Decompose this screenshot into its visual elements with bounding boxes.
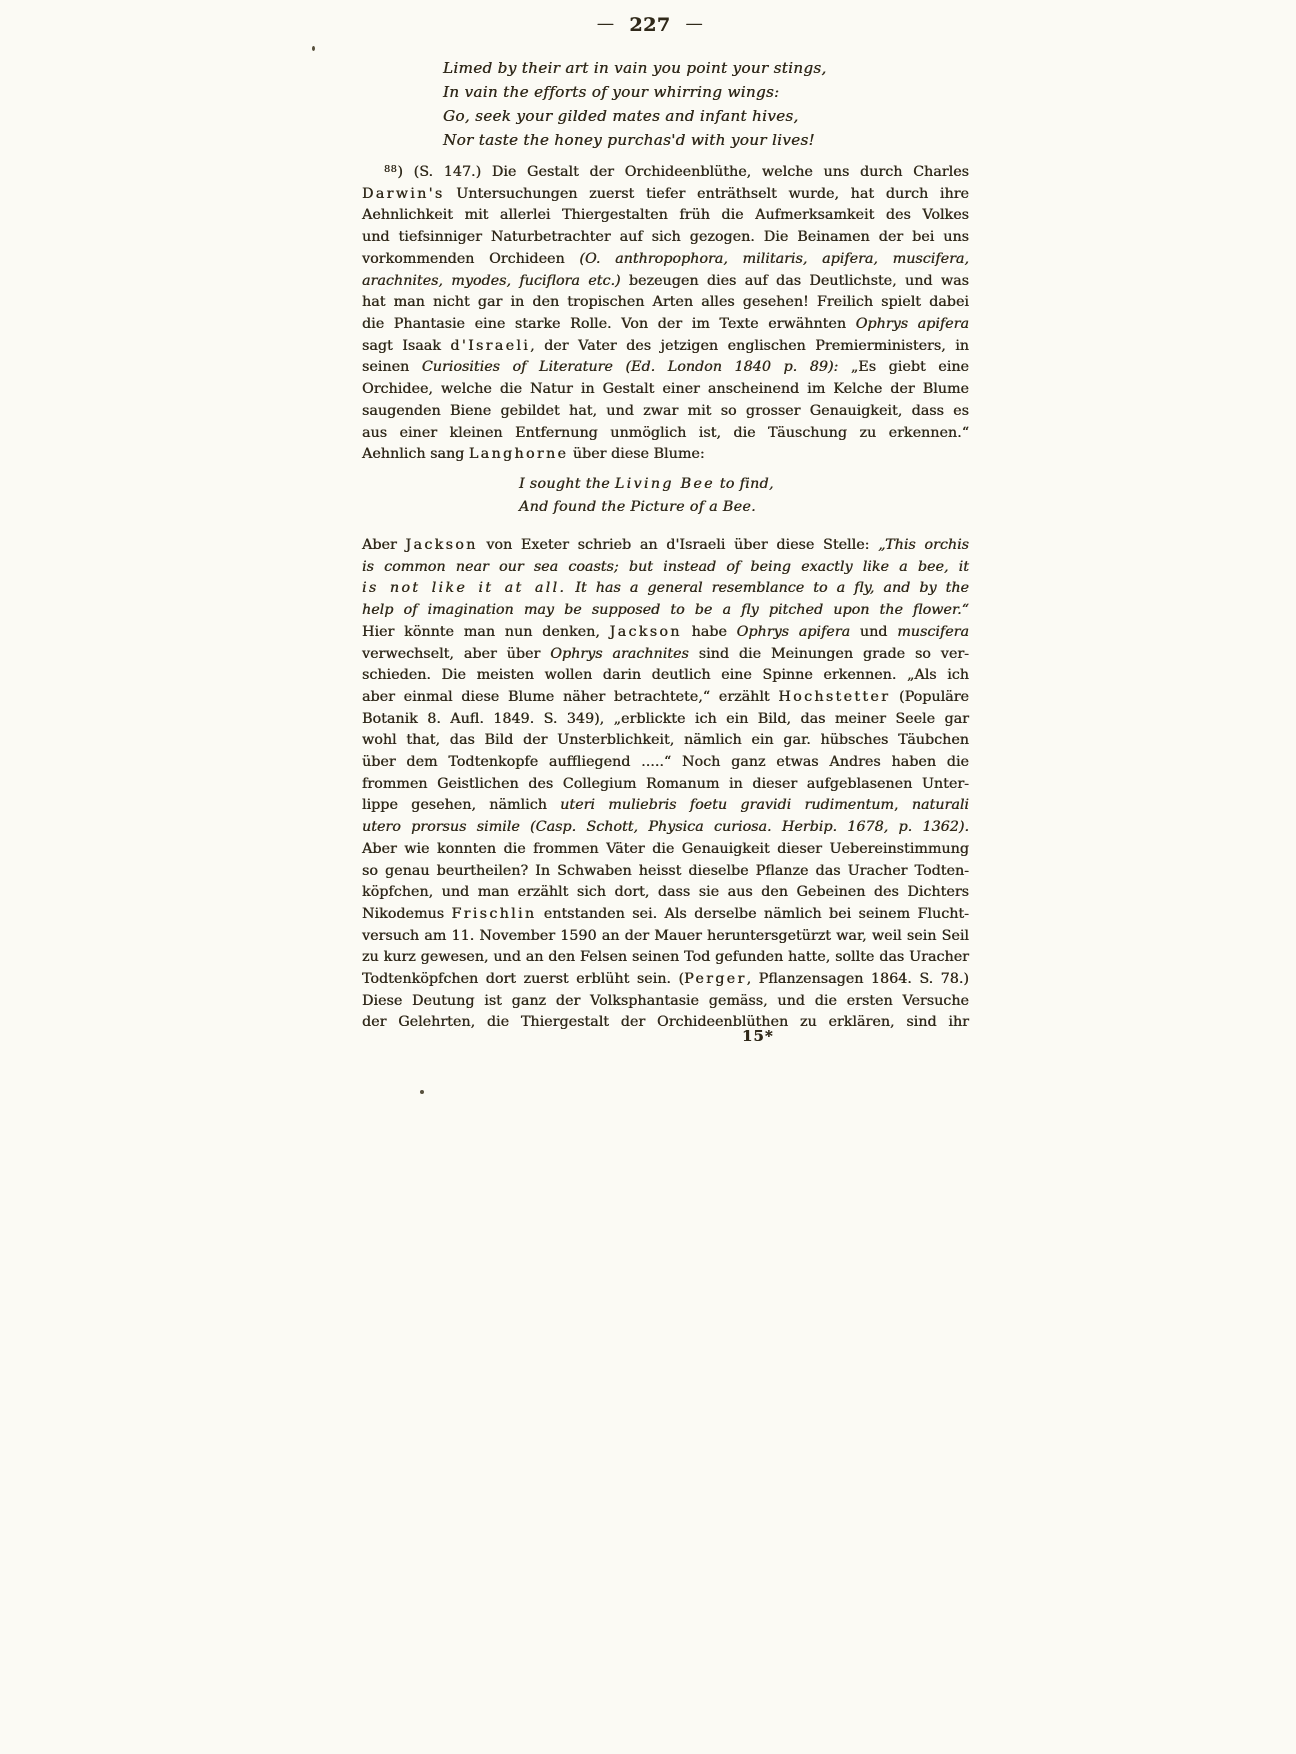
text-line: Limed by their art in vain you point you… [443,56,827,80]
page-number: 227 [629,14,670,36]
text-line: saugenden Biene gebildet hat, und zwar m… [362,401,969,423]
ink-speck [312,46,315,51]
footnote-paragraph-1: 88) (S. 147.) Die Gestalt der Orchideenb… [362,159,969,466]
text-line: frommen Geistlichen des Collegium Romanu… [362,774,969,796]
text-line: köpfchen, und man erzählt sich dort, das… [362,882,969,904]
book-page: —227— Limed by their art in vain you poi… [0,0,1296,1754]
text-line: help of imagination may be supposed to b… [362,600,969,622]
text-line: vorkommenden Orchideen (O. anthropophora… [362,249,969,271]
text-line: 88) (S. 147.) Die Gestalt der Orchideenb… [362,159,969,184]
text-line: Go, seek your gilded mates and infant hi… [443,104,827,128]
text-line: sagt Isaak d'Israeli, der Vater des jetz… [362,336,969,358]
text-line: Nor taste the honey purchas'd with your … [443,128,827,152]
page-header-dash-left: — [597,14,615,34]
ink-speck [420,1090,424,1094]
page-header-dash-right: — [686,14,704,34]
text-line: I sought the Living Bee to find, [519,473,774,496]
text-line: Aber wie konnten die frommen Väter die G… [362,839,969,861]
text-line: Diese Deutung ist ganz der Volksphantasi… [362,991,969,1013]
text-line: der Gelehrten, die Thiergestalt der Orch… [362,1012,969,1034]
text-line: schieden. Die meisten wollen darin deutl… [362,665,969,687]
text-line: Nikodemus Frischlin entstanden sei. Als … [362,904,969,926]
text-line: And found the Picture of a Bee. [519,496,774,519]
text-line: aber einmal diese Blume näher betrachtet… [362,687,969,709]
text-line: Aehnlich sang Langhorne über diese Blume… [362,444,969,466]
text-line: In vain the efforts of your whirring win… [443,80,827,104]
text-line: utero prorsus simile (Casp. Schott, Phys… [362,817,969,839]
text-line: über dem Todtenkopfe auffliegend .....“ … [362,752,969,774]
footnote-paragraph-2: Aber Jackson von Exeter schrieb an d'Isr… [362,535,969,1034]
text-line: Darwin's Untersuchungen zuerst tiefer en… [362,184,969,206]
text-line: is not like it at all. It has a general … [362,578,969,600]
text-line: hat man nicht gar in den tropischen Arte… [362,292,969,314]
text-line: Botanik 8. Aufl. 1849. S. 349), „erblick… [362,709,969,731]
text-line: wohl that, das Bild der Unsterblichkeit,… [362,730,969,752]
page-header: —227— [500,14,800,36]
signature-mark: 15* [742,1027,774,1045]
text-line: lippe gesehen, nämlich uteri muliebris f… [362,795,969,817]
text-line: Hier könnte man nun denken, Jackson habe… [362,622,969,644]
text-line: verwechselt, aber über Ophrys arachnites… [362,644,969,666]
text-line: arachnites, myodes, fuciflora etc.) beze… [362,271,969,293]
text-line: seinen Curiosities of Literature (Ed. Lo… [362,357,969,379]
text-line: versuch am 11. November 1590 an der Maue… [362,926,969,948]
text-line: Aber Jackson von Exeter schrieb an d'Isr… [362,535,969,557]
text-line: so genau beurtheilen? In Schwaben heisst… [362,861,969,883]
text-line: Aehnlichkeit mit allerlei Thiergestalten… [362,205,969,227]
quoted-couplet: I sought the Living Bee to find,And foun… [519,473,774,518]
epigraph-verse: Limed by their art in vain you point you… [443,56,827,152]
text-line: aus einer kleinen Entfernung unmöglich i… [362,423,969,445]
text-line: Todtenköpfchen dort zuerst erblüht sein.… [362,969,969,991]
text-line: die Phantasie eine starke Rolle. Von der… [362,314,969,336]
text-line: und tiefsinniger Naturbetrachter auf sic… [362,227,969,249]
text-line: zu kurz gewesen, und an den Felsen seine… [362,947,969,969]
text-line: Orchidee, welche die Natur in Gestalt ei… [362,379,969,401]
text-line: is common near our sea coasts; but inste… [362,557,969,579]
